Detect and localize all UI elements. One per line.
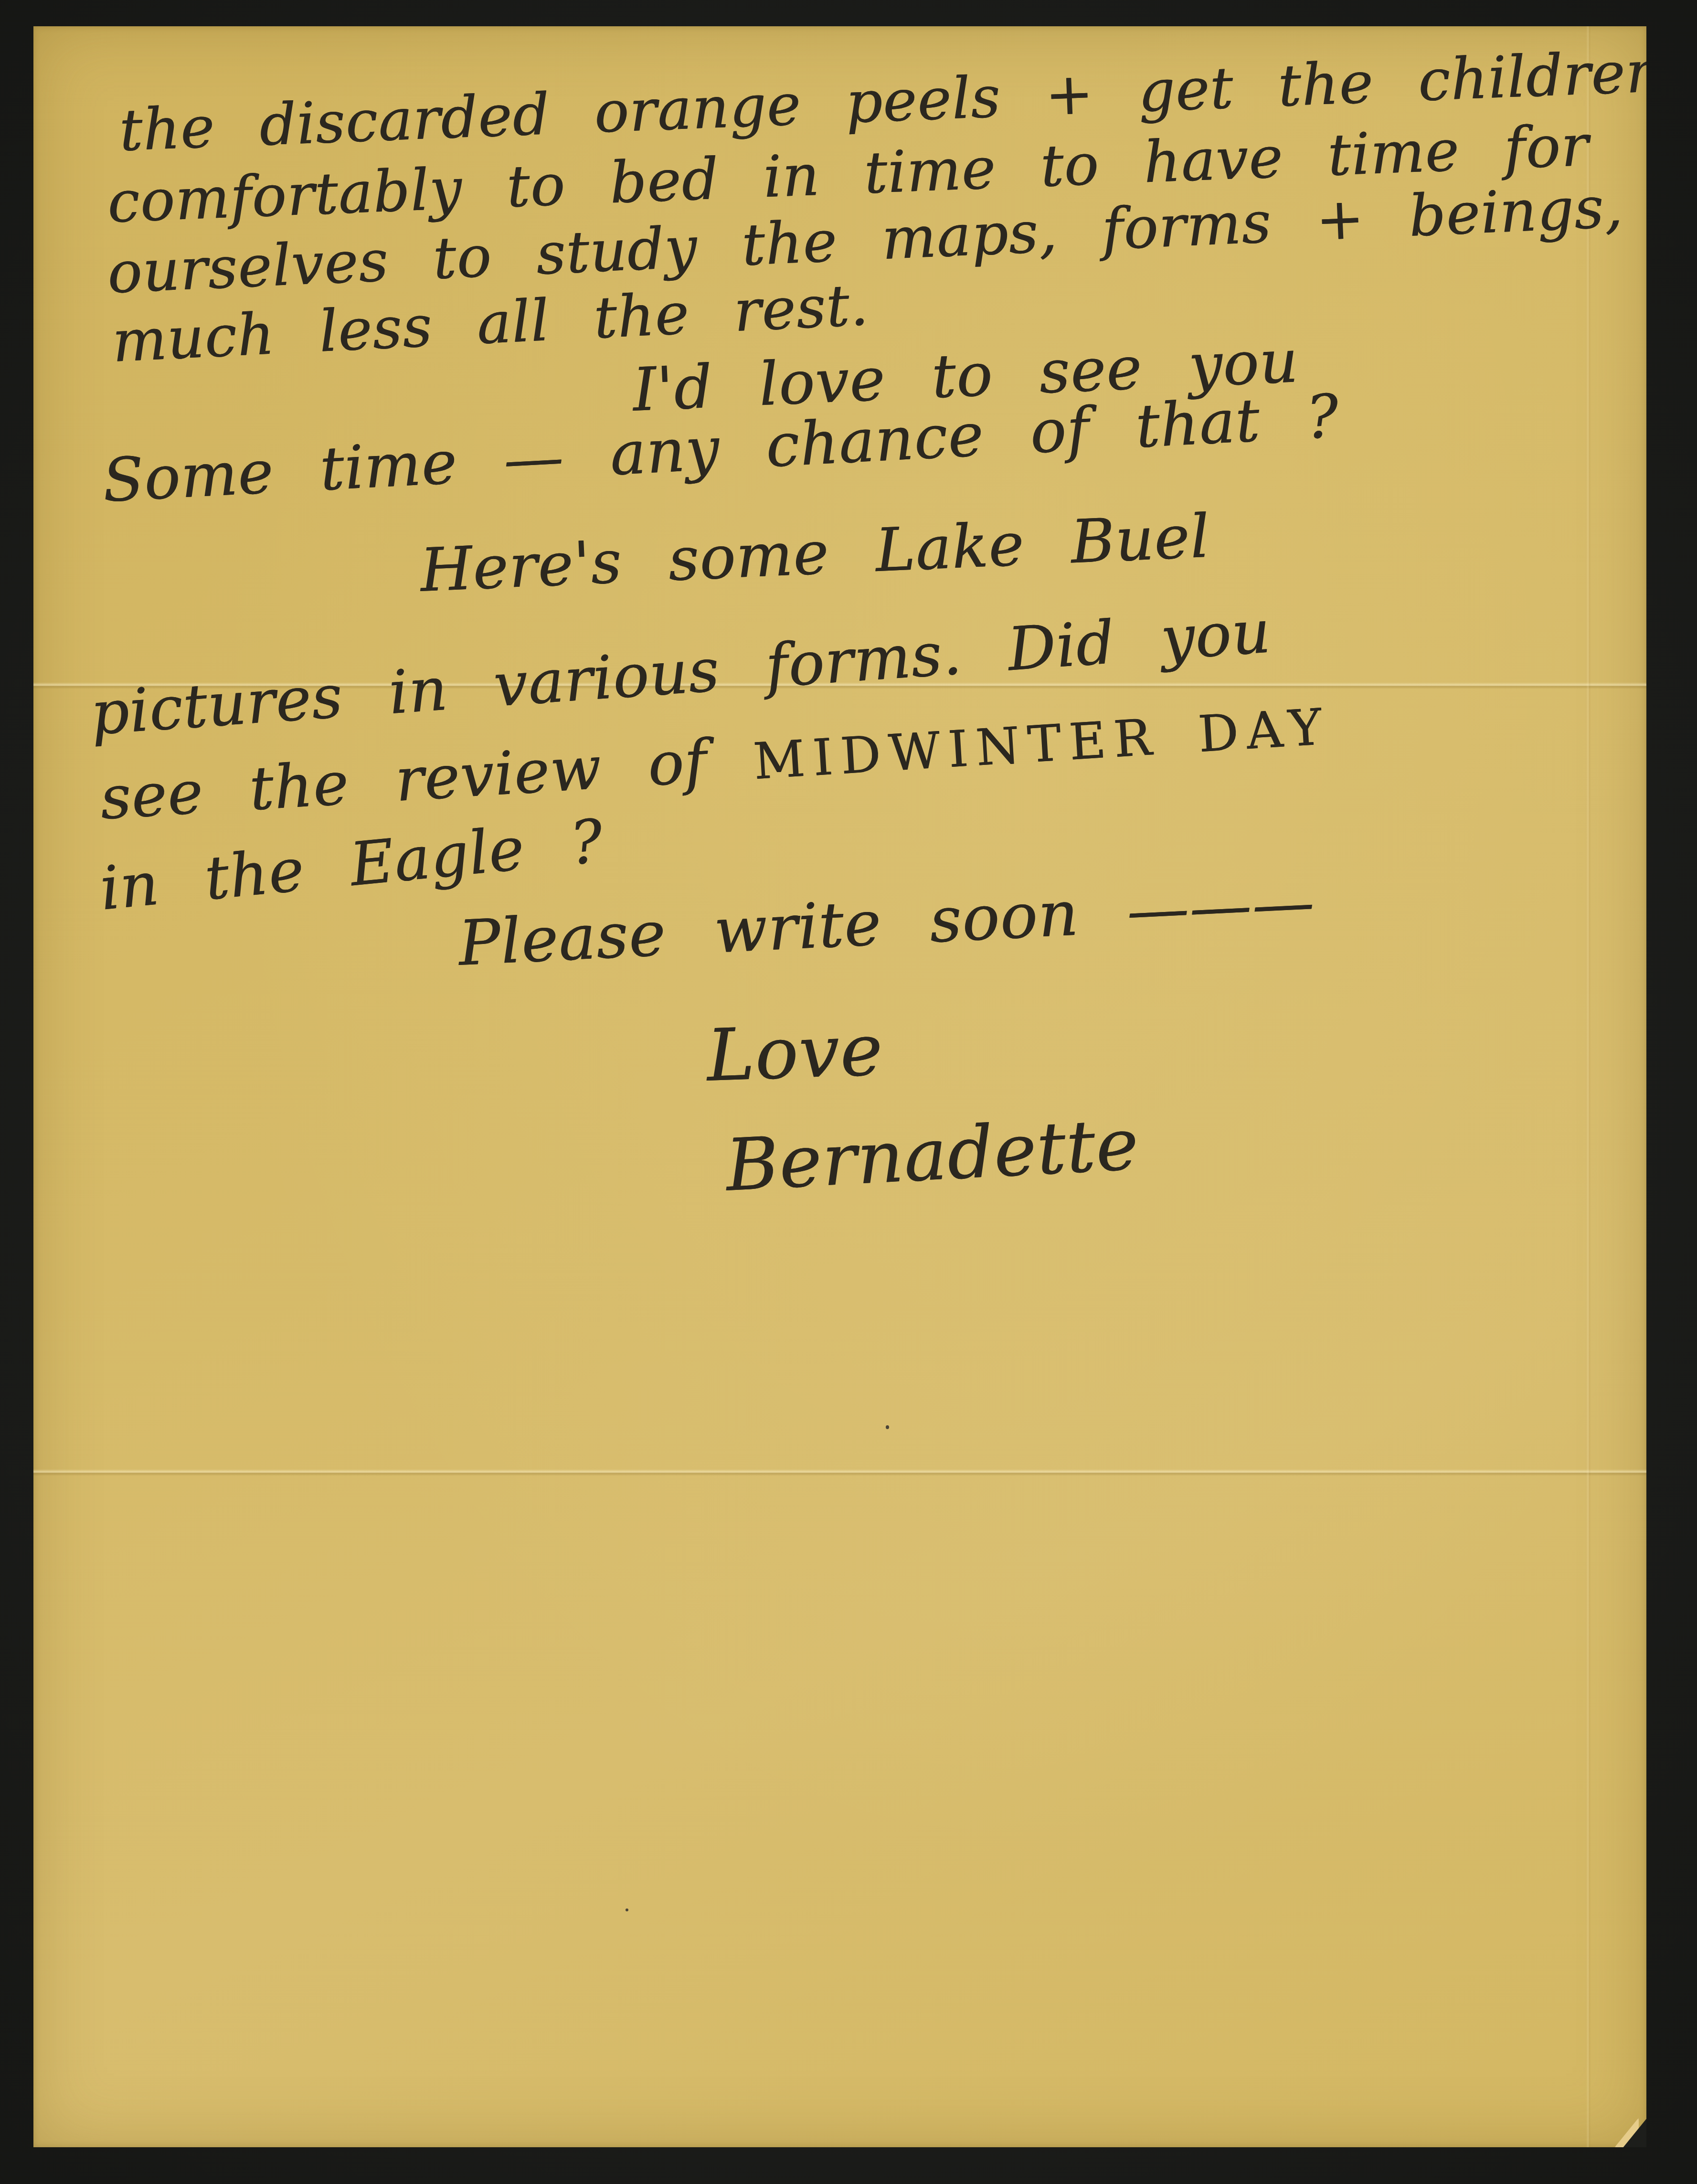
signature-closing: Love <box>705 1008 884 1098</box>
letter-line-7: Here's some Lake Buel <box>419 502 1211 605</box>
scanned-letter-page: the discarded orange peels + get the chi… <box>0 0 1697 2184</box>
fold-crease-lower <box>33 1469 1646 1476</box>
ink-speck <box>626 1908 628 1911</box>
letter-paper: the discarded orange peels + get the chi… <box>33 26 1646 2147</box>
book-title-midwinter-day: MIDWINTER DAY <box>752 698 1331 791</box>
signature-name: Bernadette <box>723 1103 1141 1208</box>
letter-line-11: Please write soon ——— <box>456 865 1316 980</box>
ink-speck <box>886 1425 889 1429</box>
fold-crease-vertical <box>1586 26 1591 2147</box>
